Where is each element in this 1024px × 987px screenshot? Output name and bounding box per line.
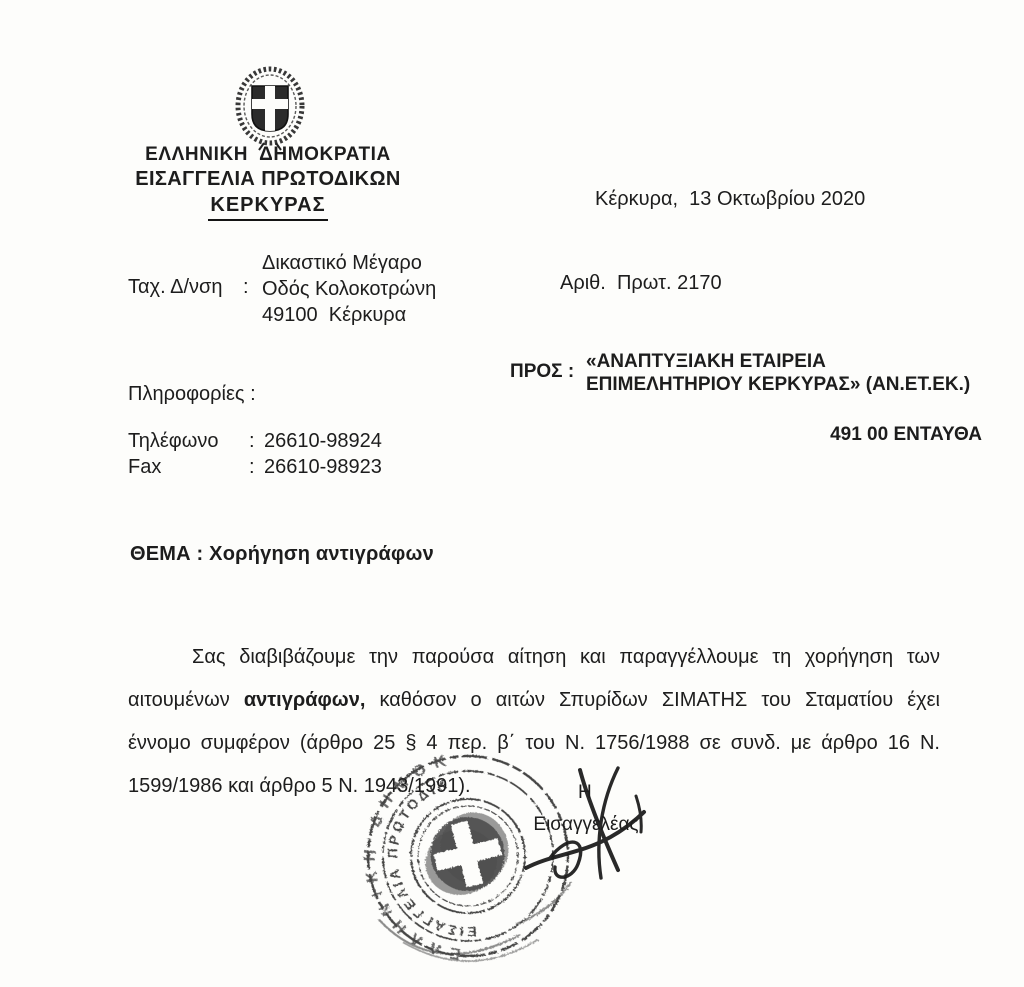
closing-title: Εισαγγελέας [516, 814, 656, 836]
address-line: Δικαστικό Μέγαρο [262, 250, 436, 276]
phone-value: 26610-98924 [264, 430, 382, 453]
address-line: Οδός Κολοκοτρώνη [262, 276, 436, 302]
phone-label: Τηλέφωνο [128, 430, 219, 453]
postal-address-label: Ταχ. Δ/νση [128, 276, 222, 299]
postal-address-colon: : [243, 276, 249, 299]
recipient-name-line: ΕΠΙΜΕΛΗΤΗΡΙΟΥ ΚΕΡΚΥΡΑΣ» (ΑΝ.ΕΤ.ΕΚ.) [586, 373, 970, 396]
letterhead-office: ΕΙΣΑΓΓΕΛΙΑ ΠΡΩΤΟΔΙΚΩΝ [96, 168, 440, 192]
closing-article: Η [578, 782, 592, 804]
body-text: αιτουμένων [128, 689, 244, 711]
postal-address-value: Δικαστικό Μέγαρο Οδός Κολοκοτρώνη 49100 … [262, 250, 436, 328]
to-label: ΠΡΟΣ : [510, 361, 574, 383]
fax-label: Fax [128, 456, 161, 479]
protocol-number: Αριθ. Πρωτ. 2170 [560, 272, 722, 295]
letterhead-country: ΕΛΛΗΝΙΚΗ ΔΗΜΟΚΡΑΤΙΑ [96, 144, 440, 166]
letterhead: ΕΛΛΗΝΙΚΗ ΔΗΜΟΚΡΑΤΙΑ ΕΙΣΑΓΓΕΛΙΑ ΠΡΩΤΟΔΙΚΩ… [96, 144, 440, 221]
fax-colon: : [249, 456, 255, 479]
body-text-bold: αντιγράφων, [244, 689, 366, 711]
letterhead-city: ΚΕΡΚΥΡΑΣ [208, 194, 327, 221]
address-line: 49100 Κέρκυρα [262, 302, 436, 328]
subject-line: ΘΕΜΑ : Χορήγηση αντιγράφων [130, 543, 434, 566]
body-line: Σας διαβιβάζουμε την παρούσα αίτηση και … [128, 636, 940, 679]
date-line: Κέρκυρα, 13 Οκτωβρίου 2020 [595, 188, 865, 211]
scanned-letter-page: ΕΛΛΗΝΙΚΗ ΔΗΜΟΚΡΑΤΙΑ ΕΙΣΑΓΓΕΛΙΑ ΠΡΩΤΟΔΙΚΩ… [0, 0, 1024, 987]
body-text: καθόσον ο αιτών Σπυρίδων ΣΙΜΑΤΗΣ του Στα… [365, 689, 940, 711]
official-round-stamp: ΕΙΣΑΓΓΕΛΙΑ ΠΡΩΤΟΔΙΚΩΝ ΚΕΡΚΥΡΑΣ ΕΛΛΗΝΙΚΗ … [348, 738, 678, 987]
phone-colon: : [249, 430, 255, 453]
greek-coat-of-arms-icon [228, 62, 312, 152]
recipient-postal-code: 491 00 ΕΝΤΑΥΘΑ [820, 424, 982, 446]
fax-value: 26610-98923 [264, 456, 382, 479]
info-label: Πληροφορίες : [128, 383, 256, 406]
recipient-block: «ΑΝΑΠΤΥΞΙΑΚΗ ΕΤΑΙΡΕΙΑ ΕΠΙΜΕΛΗΤΗΡΙΟΥ ΚΕΡΚ… [586, 350, 970, 396]
stamp-impression: ΕΙΣΑΓΓΕΛΙΑ ΠΡΩΤΟΔΙΚΩΝ ΚΕΡΚΥΡΑΣ ΕΛΛΗΝΙΚΗ … [348, 738, 591, 987]
body-line: αιτουμένων αντιγράφων, καθόσον ο αιτών Σ… [128, 679, 940, 722]
recipient-name-line: «ΑΝΑΠΤΥΞΙΑΚΗ ΕΤΑΙΡΕΙΑ [586, 350, 970, 373]
